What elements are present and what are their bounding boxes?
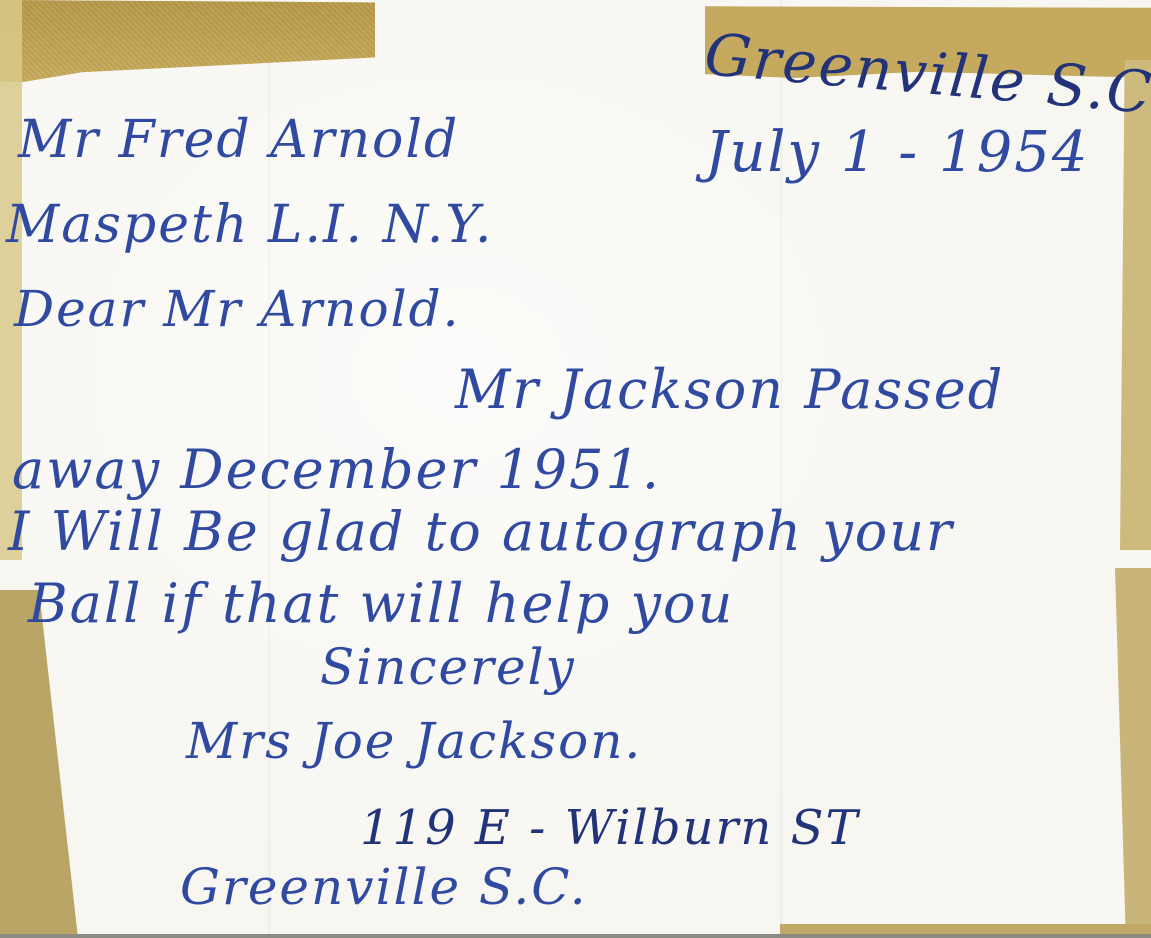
tape-left-bottom (0, 590, 78, 938)
body-line: I Will Be glad to autograph your (8, 500, 954, 563)
body-line: Mr Jackson Passed (455, 358, 1004, 421)
signature: Mrs Joe Jackson. (186, 712, 642, 770)
body-line: away December 1951. (12, 438, 661, 501)
return-address-street: 119 E - Wilburn ST (360, 800, 860, 856)
letter-paper: Greenville S.C. July 1 - 1954 Mr Fred Ar… (0, 0, 1151, 938)
body-line: Ball if that will help you (28, 572, 734, 635)
recipient-name: Mr Fred Arnold (18, 110, 459, 170)
scan-edge (0, 934, 1151, 938)
return-address-city: Greenville S.C. (180, 858, 588, 916)
tape-top-left (0, 0, 375, 82)
tape-right-strip (1120, 60, 1151, 550)
salutation: Dear Mr Arnold. (14, 280, 460, 338)
header-date: July 1 - 1954 (705, 120, 1090, 185)
closing: Sincerely (320, 638, 576, 696)
recipient-city: Maspeth L.I. N.Y. (6, 195, 493, 255)
tape-right-bottom (1115, 568, 1151, 938)
